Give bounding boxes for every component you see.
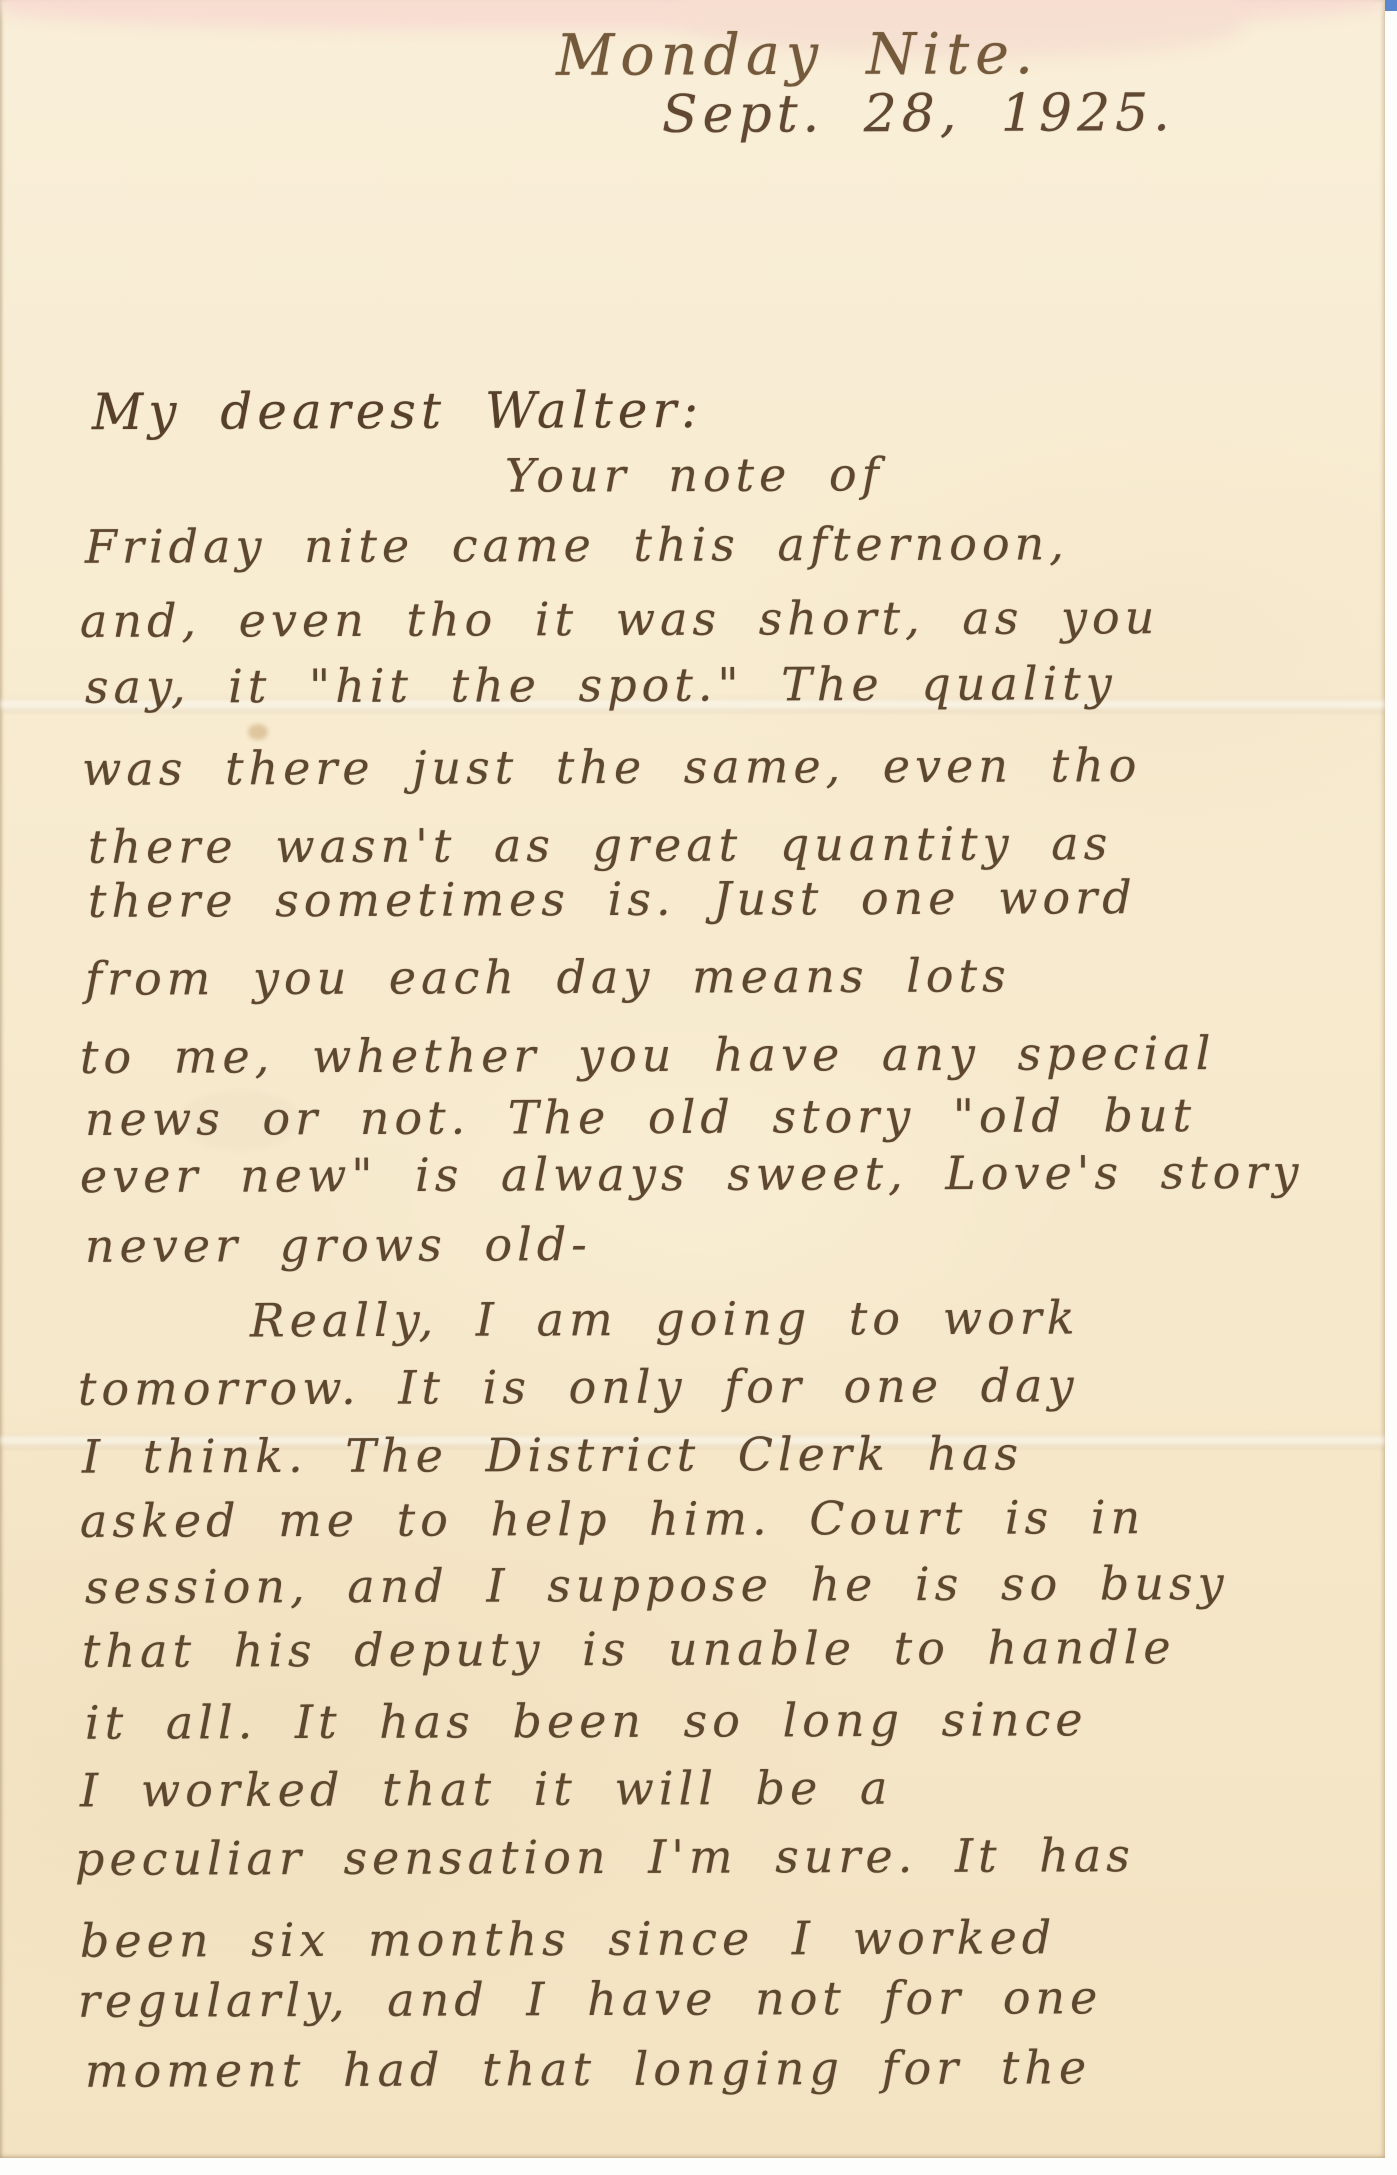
letter-line: Friday nite came this afternoon, xyxy=(85,516,1069,573)
letter-line: I worked that it will be a xyxy=(80,1761,893,1818)
paper-stain-spot xyxy=(248,724,268,740)
letter-line: peculiar sensation I'm sure. It has xyxy=(75,1828,1135,1886)
letter-line: to me, whether you have any special xyxy=(80,1026,1216,1084)
letter-line: moment had that longing for the xyxy=(85,2040,1091,2098)
letter-line: I think. The District Clerk has xyxy=(82,1426,1023,1483)
salutation: My dearest Walter: xyxy=(92,381,703,441)
letter-line: tomorrow. It is only for one day xyxy=(78,1358,1079,1415)
date-line-date: Sept. 28, 1925. xyxy=(662,83,1175,145)
letter-paper: Monday Nite. Sept. 28, 1925. My dearest … xyxy=(0,0,1385,2158)
letter-line: asked me to help him. Court is in xyxy=(80,1490,1145,1548)
scan-artifact-blue-mark xyxy=(1385,0,1397,11)
letter-line: session, and I suppose he is so busy xyxy=(85,1556,1229,1614)
letter-line: was there just the same, even tho xyxy=(82,738,1142,796)
letter-line: never grows old- xyxy=(85,1217,592,1273)
letter-line: there wasn't as great quantity as xyxy=(88,816,1112,874)
letter-line: and, even tho it was short, as you xyxy=(80,590,1159,648)
letter-line: ever new" is always sweet, Love's story xyxy=(80,1145,1304,1203)
letter-line: there sometimes is. Just one word xyxy=(88,870,1137,928)
letter-line: been six months since I worked xyxy=(80,1910,1056,1967)
letter-line: say, it "hit the spot." The quality xyxy=(85,656,1117,714)
letter-line: it all. It has been so long since xyxy=(85,1692,1088,1749)
letter-line: that his deputy is unable to handle xyxy=(82,1620,1176,1678)
letter-line: Really, I am going to work xyxy=(250,1291,1080,1348)
letter-line: news or not. The old story "old but xyxy=(85,1088,1196,1146)
letter-line: Your note of xyxy=(505,447,884,502)
scanned-letter: Monday Nite. Sept. 28, 1925. My dearest … xyxy=(0,0,1397,2175)
letter-line: from you each day means lots xyxy=(85,948,1011,1005)
date-line-day: Monday Nite. xyxy=(556,21,1039,89)
letter-line: regularly, and I have not for one xyxy=(78,1970,1103,2028)
